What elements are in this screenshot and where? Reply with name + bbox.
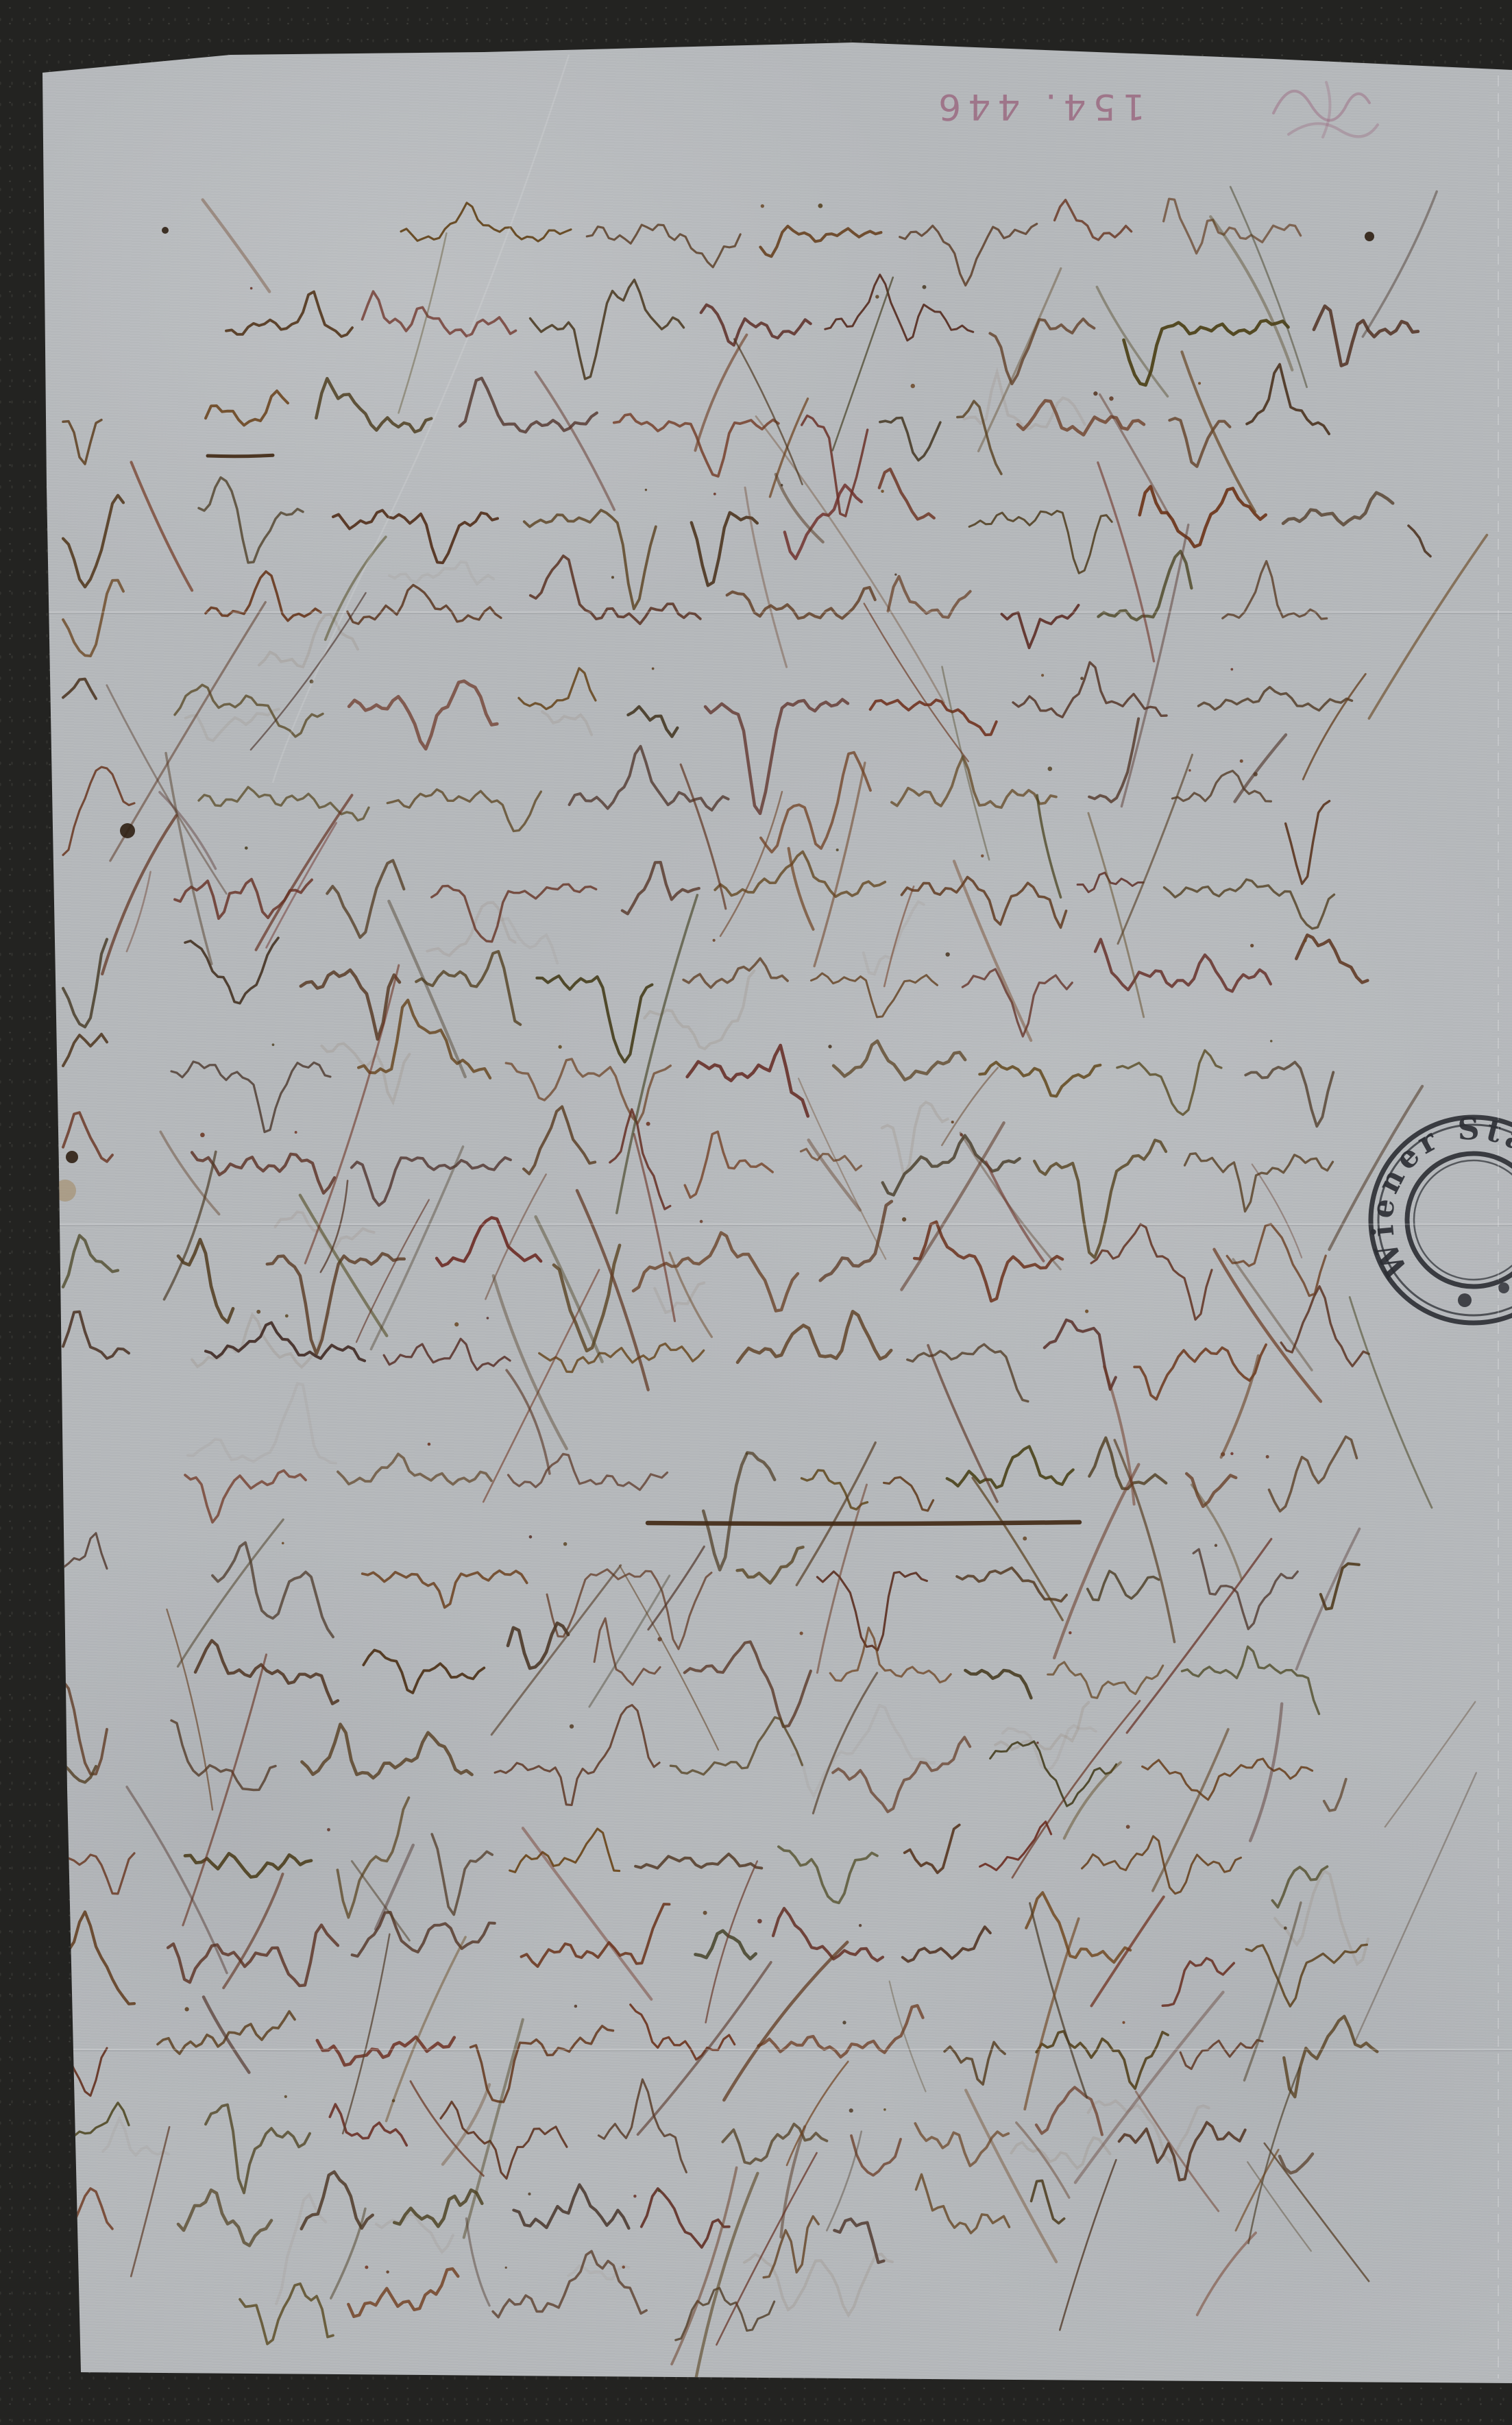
cancellation-strokes: [102, 187, 1487, 2383]
stamp-inner-ring-inner-line: [1414, 1160, 1512, 1280]
paper-creases: [48, 55, 1512, 2378]
pencil-inventory-number: 154. 446: [931, 86, 1145, 127]
scan-background: { "document": { "kind": "Scanned page of…: [0, 0, 1512, 2425]
stamp-separator-dot: [1498, 1282, 1509, 1293]
stamp-inner-ring: [1407, 1154, 1512, 1287]
ink-layer: Wiener Stadt 154. 446: [0, 0, 1512, 2425]
stamp-text: Wiener Stadt: [1365, 1112, 1512, 1283]
pencil-annotation: 154. 446: [931, 82, 1378, 137]
letter-scan: Wiener Stadt 154. 446: [0, 0, 1512, 2425]
stamp-separator-dot: [1458, 1293, 1472, 1307]
letter-page: Wiener Stadt 154. 446: [0, 0, 1512, 2425]
